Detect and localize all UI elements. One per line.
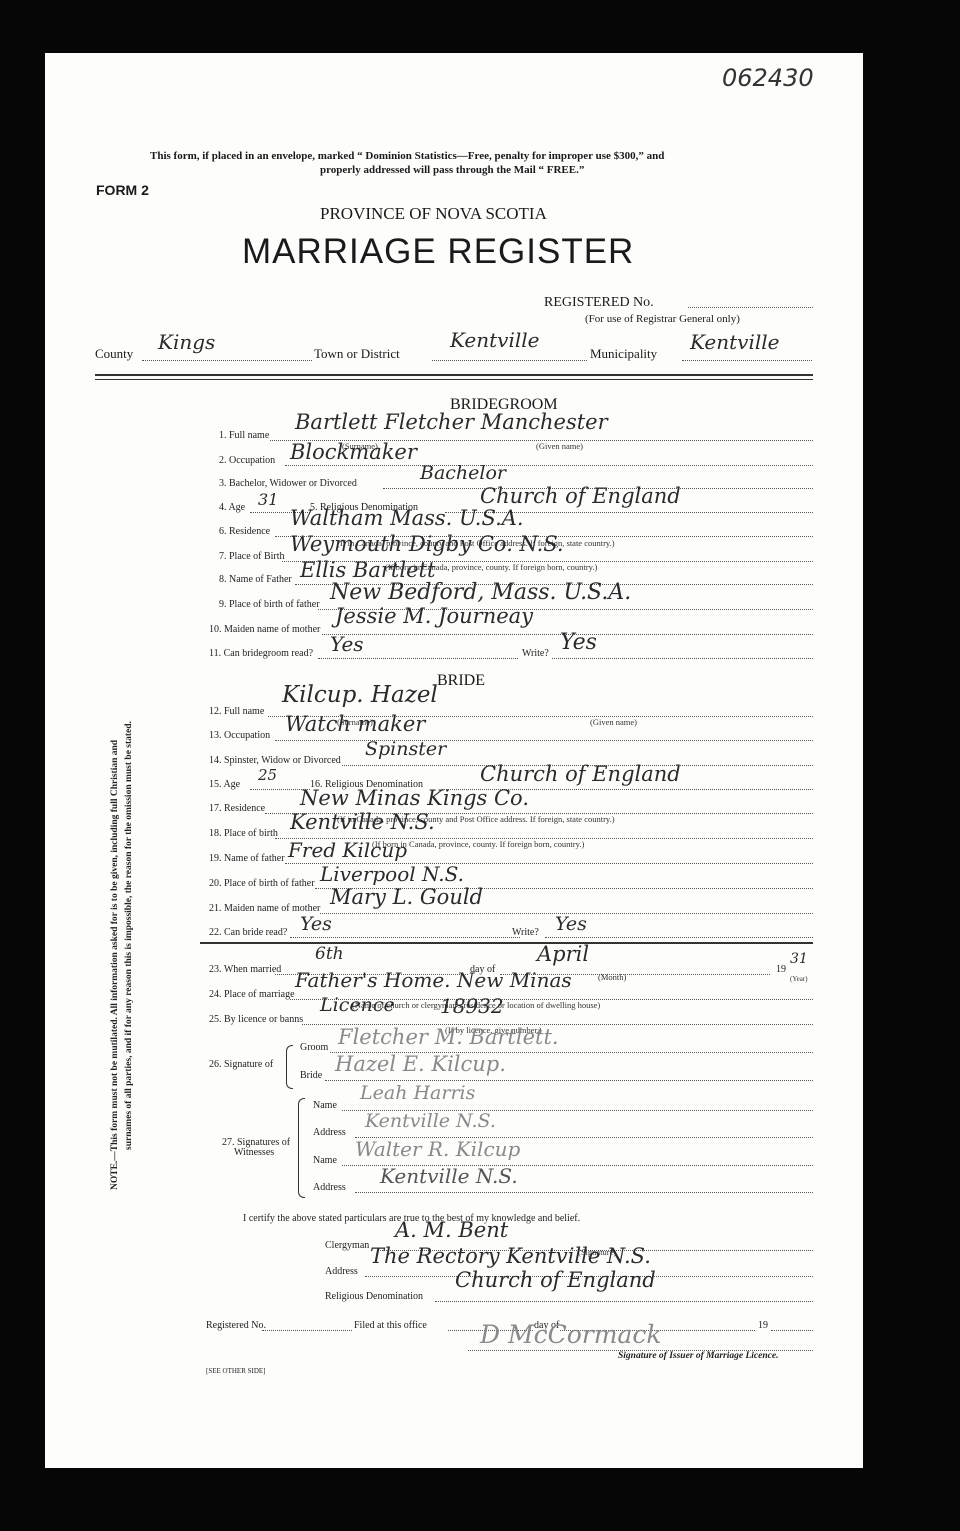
mail-notice-line2: properly addressed will pass through the… xyxy=(320,164,584,176)
bride-write[interactable]: Yes xyxy=(555,913,587,935)
groom-father[interactable]: Ellis Bartlett xyxy=(300,558,435,582)
bride-write-label: Write? xyxy=(512,927,539,938)
groom-status-label: 3. Bachelor, Widower or Divorced xyxy=(219,478,357,489)
side-note: NOTE.—This form must not be mutilated. A… xyxy=(108,721,136,1190)
when-married-label: 23. When married xyxy=(209,964,281,975)
bride-read-label: 22. Can bride read? xyxy=(209,927,287,938)
clergyman-denomination[interactable]: Church of England xyxy=(455,1268,656,1292)
bride-occupation-label: 13. Occupation xyxy=(209,730,270,741)
clergyman-address[interactable]: The Rectory Kentville N.S. xyxy=(370,1244,651,1268)
licence-type[interactable]: Licence xyxy=(320,994,395,1016)
groom-mother[interactable]: Jessie M. Journeay xyxy=(335,604,533,628)
bride-father-birthplace-label: 20. Place of birth of father xyxy=(209,878,315,889)
bride-age[interactable]: 25 xyxy=(258,766,277,784)
town-line xyxy=(432,360,587,361)
registered-no-footer-label: Registered No. xyxy=(206,1320,266,1331)
groom-age-label: 4. Age xyxy=(219,502,245,513)
licence-label: 25. By licence or banns xyxy=(209,1014,303,1025)
municipality-value[interactable]: Kentville xyxy=(690,330,779,354)
groom-read-label: 11. Can bridegroom read? xyxy=(209,648,313,659)
bride-full-name-label: 12. Full name xyxy=(209,706,264,717)
licence-number[interactable]: 18932 xyxy=(440,994,504,1018)
bride-signature[interactable]: Hazel E. Kilcup. xyxy=(335,1052,506,1076)
side-note-line1: NOTE.—This form must not be mutilated. A… xyxy=(108,721,122,1190)
month-hint: (Month) xyxy=(598,972,626,982)
bride-occupation[interactable]: Watch maker xyxy=(285,712,425,736)
groom-occupation-line xyxy=(285,465,813,466)
header-divider xyxy=(95,374,813,376)
groom-religion[interactable]: Church of England xyxy=(480,484,681,508)
groom-read-line xyxy=(318,658,518,659)
witness1-name[interactable]: Leah Harris xyxy=(360,1082,475,1104)
groom-father-birthplace-label: 9. Place of birth of father xyxy=(219,599,320,610)
clergyman-signature[interactable]: A. M. Bent xyxy=(395,1218,508,1242)
bride-mother[interactable]: Mary L. Gould xyxy=(330,885,483,909)
denomination-line xyxy=(435,1301,813,1302)
town-value[interactable]: Kentville xyxy=(450,328,539,352)
groom-signature-label: Groom xyxy=(300,1042,328,1053)
witness2-name-label: Name xyxy=(313,1155,337,1166)
signature-of-label: 26. Signature of xyxy=(209,1059,273,1070)
clergyman-address-label: Address xyxy=(325,1266,358,1277)
county-value[interactable]: Kings xyxy=(158,330,215,354)
place-of-marriage[interactable]: Father's Home. New Minas xyxy=(295,968,572,992)
clergyman-label: Clergyman xyxy=(325,1240,369,1251)
bride-write-line xyxy=(545,937,813,938)
groom-status[interactable]: Bachelor xyxy=(420,462,506,484)
page-title: MARRIAGE REGISTER xyxy=(242,232,634,272)
bride-divider xyxy=(200,942,813,944)
county-label: County xyxy=(95,346,133,362)
denomination-label: Religious Denomination xyxy=(325,1291,423,1302)
groom-father-birthplace[interactable]: New Bedford, Mass. U.S.A. xyxy=(330,580,631,605)
bride-heading: BRIDE xyxy=(437,672,485,690)
bride-age-label: 15. Age xyxy=(209,779,240,790)
see-other-side: [SEE OTHER SIDE] xyxy=(206,1367,266,1375)
witness1-name-label: Name xyxy=(313,1100,337,1111)
groom-full-name[interactable]: Bartlett Fletcher Manchester xyxy=(295,410,608,434)
signature-brace xyxy=(286,1045,293,1089)
witnesses-brace xyxy=(298,1098,305,1198)
bride-status-label: 14. Spinster, Widow or Divorced xyxy=(209,755,341,766)
groom-write-line xyxy=(552,658,813,659)
year-hint: (Year) xyxy=(790,975,808,983)
witnesses-label-line2: Witnesses xyxy=(234,1147,274,1158)
bride-birthplace-label: 18. Place of birth xyxy=(209,828,278,839)
form-number: FORM 2 xyxy=(96,182,149,198)
bride-read-line xyxy=(290,937,520,938)
bride-father-label: 19. Name of father xyxy=(209,853,285,864)
groom-given-hint: (Given name) xyxy=(536,441,583,451)
bride-father-birthplace[interactable]: Liverpool N.S. xyxy=(320,862,464,886)
groom-read[interactable]: Yes xyxy=(330,632,364,656)
bride-full-name[interactable]: Kilcup. Hazel xyxy=(282,682,438,708)
groom-full-name-label: 1. Full name xyxy=(219,430,269,441)
mail-notice-line1: This form, if placed in an envelope, mar… xyxy=(150,150,664,162)
bride-given-hint: (Given name) xyxy=(590,717,637,727)
municipality-line xyxy=(682,360,812,361)
side-note-line2: surnames of all parties, and if for any … xyxy=(122,721,136,1190)
bride-status[interactable]: Spinster xyxy=(365,738,446,760)
bride-residence[interactable]: New Minas Kings Co. xyxy=(300,786,529,810)
groom-father-label: 8. Name of Father xyxy=(219,574,292,585)
witness1-address-label: Address xyxy=(313,1127,346,1138)
year-prefix: 19 xyxy=(776,964,786,975)
witness2-name[interactable]: Walter R. Kilcup xyxy=(355,1137,520,1161)
witness2-address-line xyxy=(355,1192,813,1193)
groom-occupation-label: 2. Occupation xyxy=(219,455,275,466)
marriage-year[interactable]: 31 xyxy=(790,951,808,967)
bride-father[interactable]: Fred Kilcup xyxy=(288,838,407,862)
bride-signature-line xyxy=(325,1080,813,1081)
bride-occupation-line xyxy=(275,740,813,741)
place-of-marriage-label: 24. Place of marriage xyxy=(209,989,295,1000)
filed-year-field[interactable] xyxy=(771,1330,813,1331)
groom-occupation[interactable]: Blockmaker xyxy=(290,440,417,464)
witness1-address[interactable]: Kentville N.S. xyxy=(365,1110,496,1132)
witness2-address-label: Address xyxy=(313,1182,346,1193)
stamp-number: 062430 xyxy=(722,64,814,92)
town-label: Town or District xyxy=(314,346,400,362)
groom-residence-label: 6. Residence xyxy=(219,526,270,537)
header-divider-2 xyxy=(95,379,813,380)
issuer-signature[interactable]: D McCormack xyxy=(480,1320,661,1349)
groom-write[interactable]: Yes xyxy=(560,630,597,655)
filed-label: Filed at this office xyxy=(354,1320,427,1331)
marriage-day[interactable]: 6th xyxy=(315,944,344,964)
municipality-label: Municipality xyxy=(590,346,657,362)
registered-no-field[interactable] xyxy=(688,307,813,308)
groom-write-label: Write? xyxy=(522,648,549,659)
registrar-note: (For use of Registrar General only) xyxy=(585,313,740,325)
issuer-label: Signature of Issuer of Marriage Licence. xyxy=(618,1351,778,1361)
province-heading: PROVINCE OF NOVA SCOTIA xyxy=(320,204,547,224)
bride-read[interactable]: Yes xyxy=(300,913,332,935)
groom-age[interactable]: 31 xyxy=(258,490,278,509)
registered-no-label: REGISTERED No. xyxy=(544,295,654,311)
marriage-month[interactable]: April xyxy=(537,942,589,966)
groom-mother-label: 10. Maiden name of mother xyxy=(209,624,320,635)
groom-residence[interactable]: Waltham Mass. U.S.A. xyxy=(290,506,524,530)
filed-year-prefix: 19 xyxy=(758,1320,768,1331)
groom-birthplace[interactable]: Weymouth Digby Co. N.S. xyxy=(290,532,564,556)
groom-birthplace-label: 7. Place of Birth xyxy=(219,551,285,562)
groom-signature[interactable]: Fletcher M. Bartlett. xyxy=(338,1025,559,1049)
bride-signature-label: Bride xyxy=(300,1070,322,1081)
bride-birthplace[interactable]: Kentville N.S. xyxy=(290,810,435,834)
county-line xyxy=(142,360,312,361)
bride-residence-label: 17. Residence xyxy=(209,803,265,814)
bride-religion[interactable]: Church of England xyxy=(480,762,681,786)
registered-no-footer-field[interactable] xyxy=(262,1330,352,1331)
witness2-address[interactable]: Kentville N.S. xyxy=(380,1164,518,1188)
